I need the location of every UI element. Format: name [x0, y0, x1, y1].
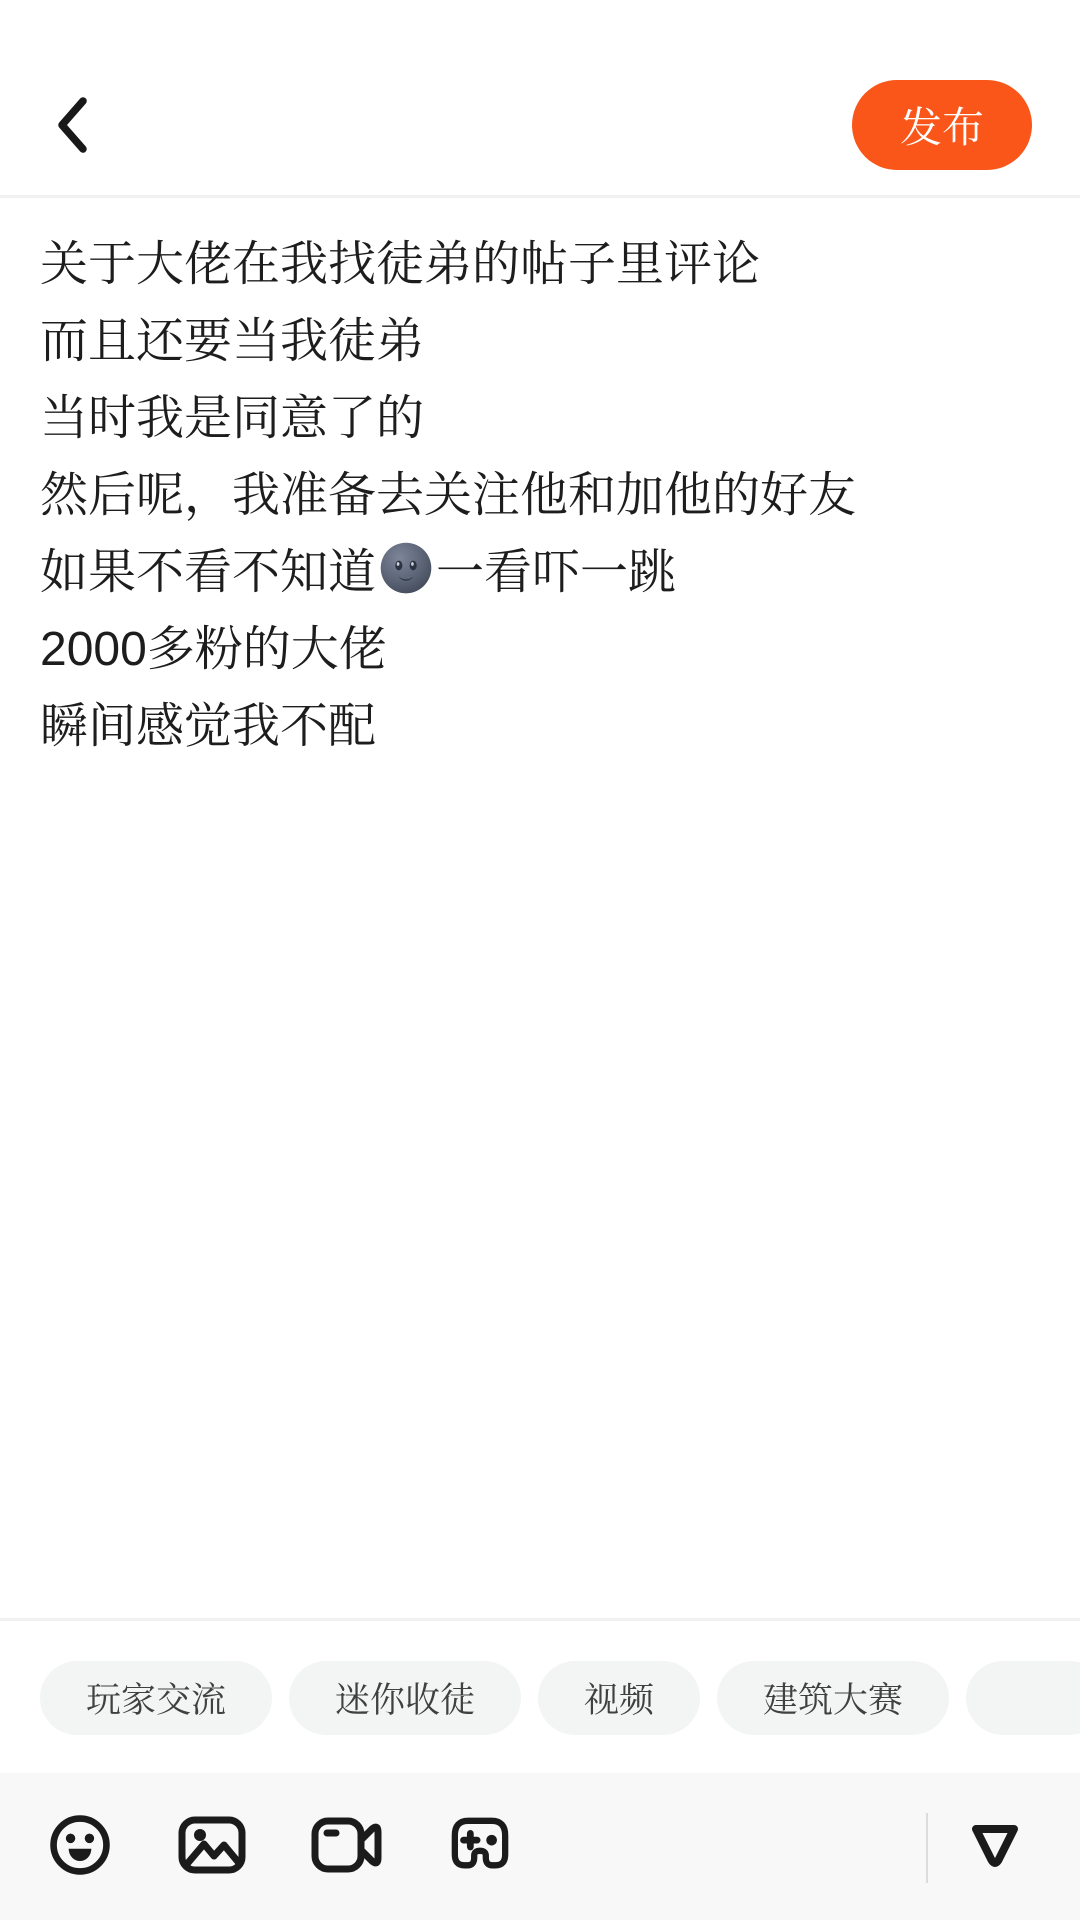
add-video-button[interactable] [310, 1814, 384, 1879]
post-text-line: 2000多粉的大佬 [40, 611, 1050, 688]
tag-suggestions-section: 玩家交流 迷你收徒 视频 建筑大赛 [0, 1618, 1080, 1773]
toolbar-divider [926, 1813, 928, 1883]
tag-chip-player-chat[interactable]: 玩家交流 [40, 1661, 272, 1735]
add-image-button[interactable] [178, 1816, 246, 1877]
post-content-editor[interactable]: 关于大佬在我找徒弟的帖子里评论 而且还要当我徒弟 当时我是同意了的 然后呢，我准… [40, 201, 1050, 765]
post-text-line: 关于大佬在我找徒弟的帖子里评论 [40, 226, 1050, 303]
post-text-line: 而且还要当我徒弟 [40, 303, 1050, 380]
tag-chips-row: 玩家交流 迷你收徒 视频 建筑大赛 [40, 1661, 1080, 1735]
triangle-down-icon [966, 1857, 1024, 1872]
compose-header: 发布 [0, 0, 1080, 198]
back-button[interactable] [44, 90, 100, 162]
publish-button[interactable]: 发布 [852, 80, 1032, 170]
tag-chip-mini-apprentice[interactable]: 迷你收徒 [289, 1661, 521, 1735]
post-text-line: 如果不看不知道 一看吓一跳 [40, 534, 1050, 611]
new-moon-face-emoji [379, 541, 433, 595]
post-text-line: 当时我是同意了的 [40, 380, 1050, 457]
collapse-keyboard-button[interactable] [966, 1823, 1024, 1872]
emoji-smiley-icon [46, 1811, 114, 1882]
post-text-line: 瞬间感觉我不配 [40, 688, 1050, 765]
tag-chip-video[interactable]: 视频 [538, 1661, 700, 1735]
post-text-line: 然后呢，我准备去关注他和加他的好友 [40, 457, 1050, 534]
video-camera-icon [310, 1814, 384, 1879]
add-game-button[interactable] [448, 1815, 512, 1878]
game-controller-icon [448, 1815, 512, 1878]
emoji-button[interactable] [46, 1811, 114, 1882]
tag-chip-building-contest[interactable]: 建筑大赛 [717, 1661, 949, 1735]
tag-chip-partial[interactable] [966, 1661, 1080, 1735]
compose-toolbar [0, 1773, 1080, 1920]
chevron-left-icon [53, 95, 91, 158]
image-icon [178, 1816, 246, 1877]
